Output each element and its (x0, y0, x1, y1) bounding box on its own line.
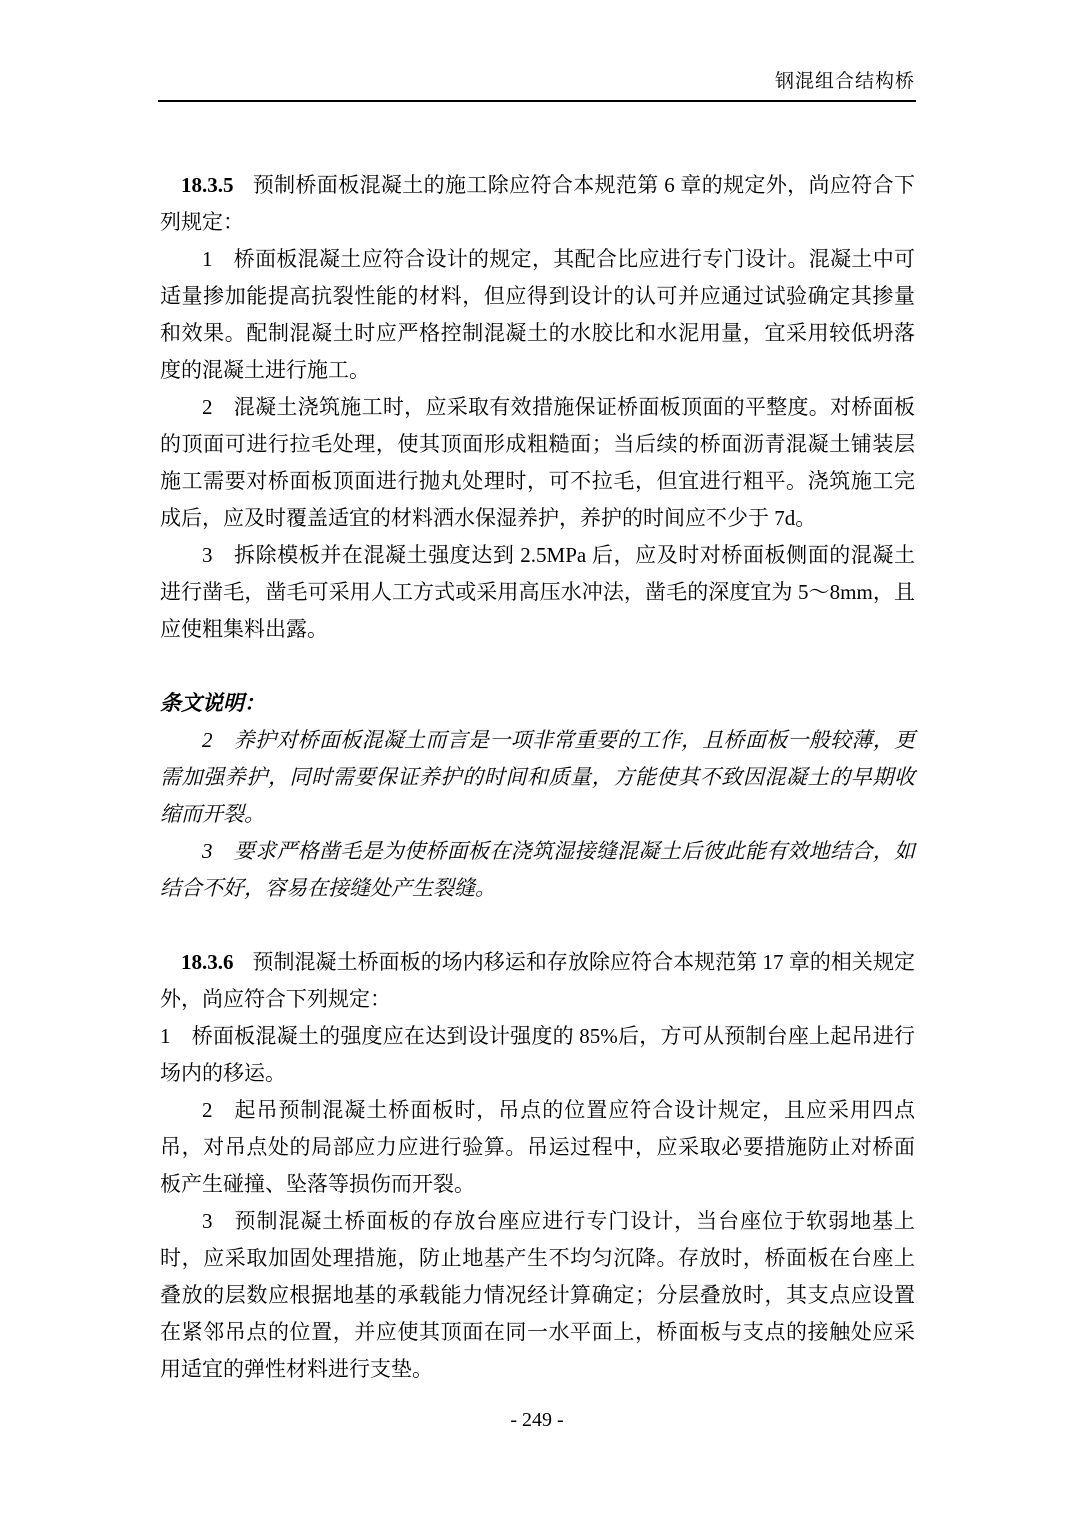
commentary-item-2: 2养护对桥面板混凝土而言是一项非常重要的工作，且桥面板一般较薄，更需加强养护，同… (160, 722, 915, 833)
clause-18-3-6: 18.3.6预制混凝土桥面板的场内移运和存放除应符合本规范第 17 章的相关规定… (160, 944, 915, 1018)
item-number: 3 (202, 839, 213, 863)
item-text: 养护对桥面板混凝土而言是一项非常重要的工作，且桥面板一般较薄，更需加强养护，同时… (160, 728, 915, 826)
item-number: 1 (160, 1024, 171, 1048)
header-rule (158, 100, 916, 102)
page-number: - 249 - (510, 1409, 563, 1431)
page-footer: - 249 - (0, 1405, 1074, 1435)
section-gap (160, 907, 915, 944)
section-gap (160, 648, 915, 685)
item-text: 要求严格凿毛是为使桥面板在浇筑湿接缝混凝土后彼此能有效地结合，如结合不好，容易在… (160, 839, 915, 900)
item-text: 预制混凝土桥面板的存放台座应进行专门设计，当台座位于软弱地基上时，应采取加固处理… (160, 1209, 915, 1381)
clause-number: 18.3.5 (181, 173, 234, 197)
item-number: 3 (202, 543, 213, 567)
item-number: 1 (202, 247, 213, 271)
item-text: 拆除模板并在混凝土强度达到 2.5MPa 后，应及时对桥面板侧面的混凝土进行凿毛… (160, 543, 915, 641)
item-number: 3 (202, 1209, 213, 1233)
clause-18-3-5-item-3: 3拆除模板并在混凝土强度达到 2.5MPa 后，应及时对桥面板侧面的混凝土进行凿… (160, 537, 915, 648)
clause-intro-text: 预制混凝土桥面板的场内移运和存放除应符合本规范第 17 章的相关规定外，尚应符合… (160, 950, 915, 1011)
clause-18-3-6-item-1: 1桥面板混凝土的强度应在达到设计强度的 85%后，方可从预制台座上起吊进行场内的… (160, 1018, 915, 1092)
document-page: 钢混组合结构桥 18.3.5预制桥面板混凝土的施工除应符合本规范第 6 章的规定… (0, 0, 1074, 1520)
item-text: 起吊预制混凝土桥面板时，吊点的位置应符合设计规定，且应采用四点吊，对吊点处的局部… (160, 1098, 915, 1196)
item-text: 混凝土浇筑施工时，应采取有效措施保证桥面板顶面的平整度。对桥面板的顶面可进行拉毛… (160, 395, 915, 530)
page-content: 18.3.5预制桥面板混凝土的施工除应符合本规范第 6 章的规定外，尚应符合下列… (160, 167, 915, 1388)
clause-18-3-6-item-3: 3预制混凝土桥面板的存放台座应进行专门设计，当台座位于软弱地基上时，应采取加固处… (160, 1203, 915, 1388)
clause-18-3-5-item-1: 1桥面板混凝土应符合设计的规定，其配合比应进行专门设计。混凝土中可适量掺加能提高… (160, 241, 915, 389)
running-head: 钢混组合结构桥 (158, 70, 915, 94)
item-text: 桥面板混凝土应符合设计的规定，其配合比应进行专门设计。混凝土中可适量掺加能提高抗… (160, 247, 915, 382)
commentary-item-3: 3要求严格凿毛是为使桥面板在浇筑湿接缝混凝土后彼此能有效地结合，如结合不好，容易… (160, 833, 915, 907)
clause-18-3-5-item-2: 2混凝土浇筑施工时，应采取有效措施保证桥面板顶面的平整度。对桥面板的顶面可进行拉… (160, 389, 915, 537)
clause-number: 18.3.6 (181, 950, 234, 974)
clause-18-3-6-item-2: 2起吊预制混凝土桥面板时，吊点的位置应符合设计规定，且应采用四点吊，对吊点处的局… (160, 1092, 915, 1203)
item-number: 2 (202, 728, 213, 752)
commentary-heading: 条文说明： (160, 685, 915, 722)
clause-intro-text: 预制桥面板混凝土的施工除应符合本规范第 6 章的规定外，尚应符合下列规定： (160, 173, 915, 234)
item-text: 桥面板混凝土的强度应在达到设计强度的 85%后，方可从预制台座上起吊进行场内的移… (160, 1024, 915, 1085)
clause-18-3-5: 18.3.5预制桥面板混凝土的施工除应符合本规范第 6 章的规定外，尚应符合下列… (160, 167, 915, 241)
item-number: 2 (202, 1098, 213, 1122)
item-number: 2 (202, 395, 213, 419)
